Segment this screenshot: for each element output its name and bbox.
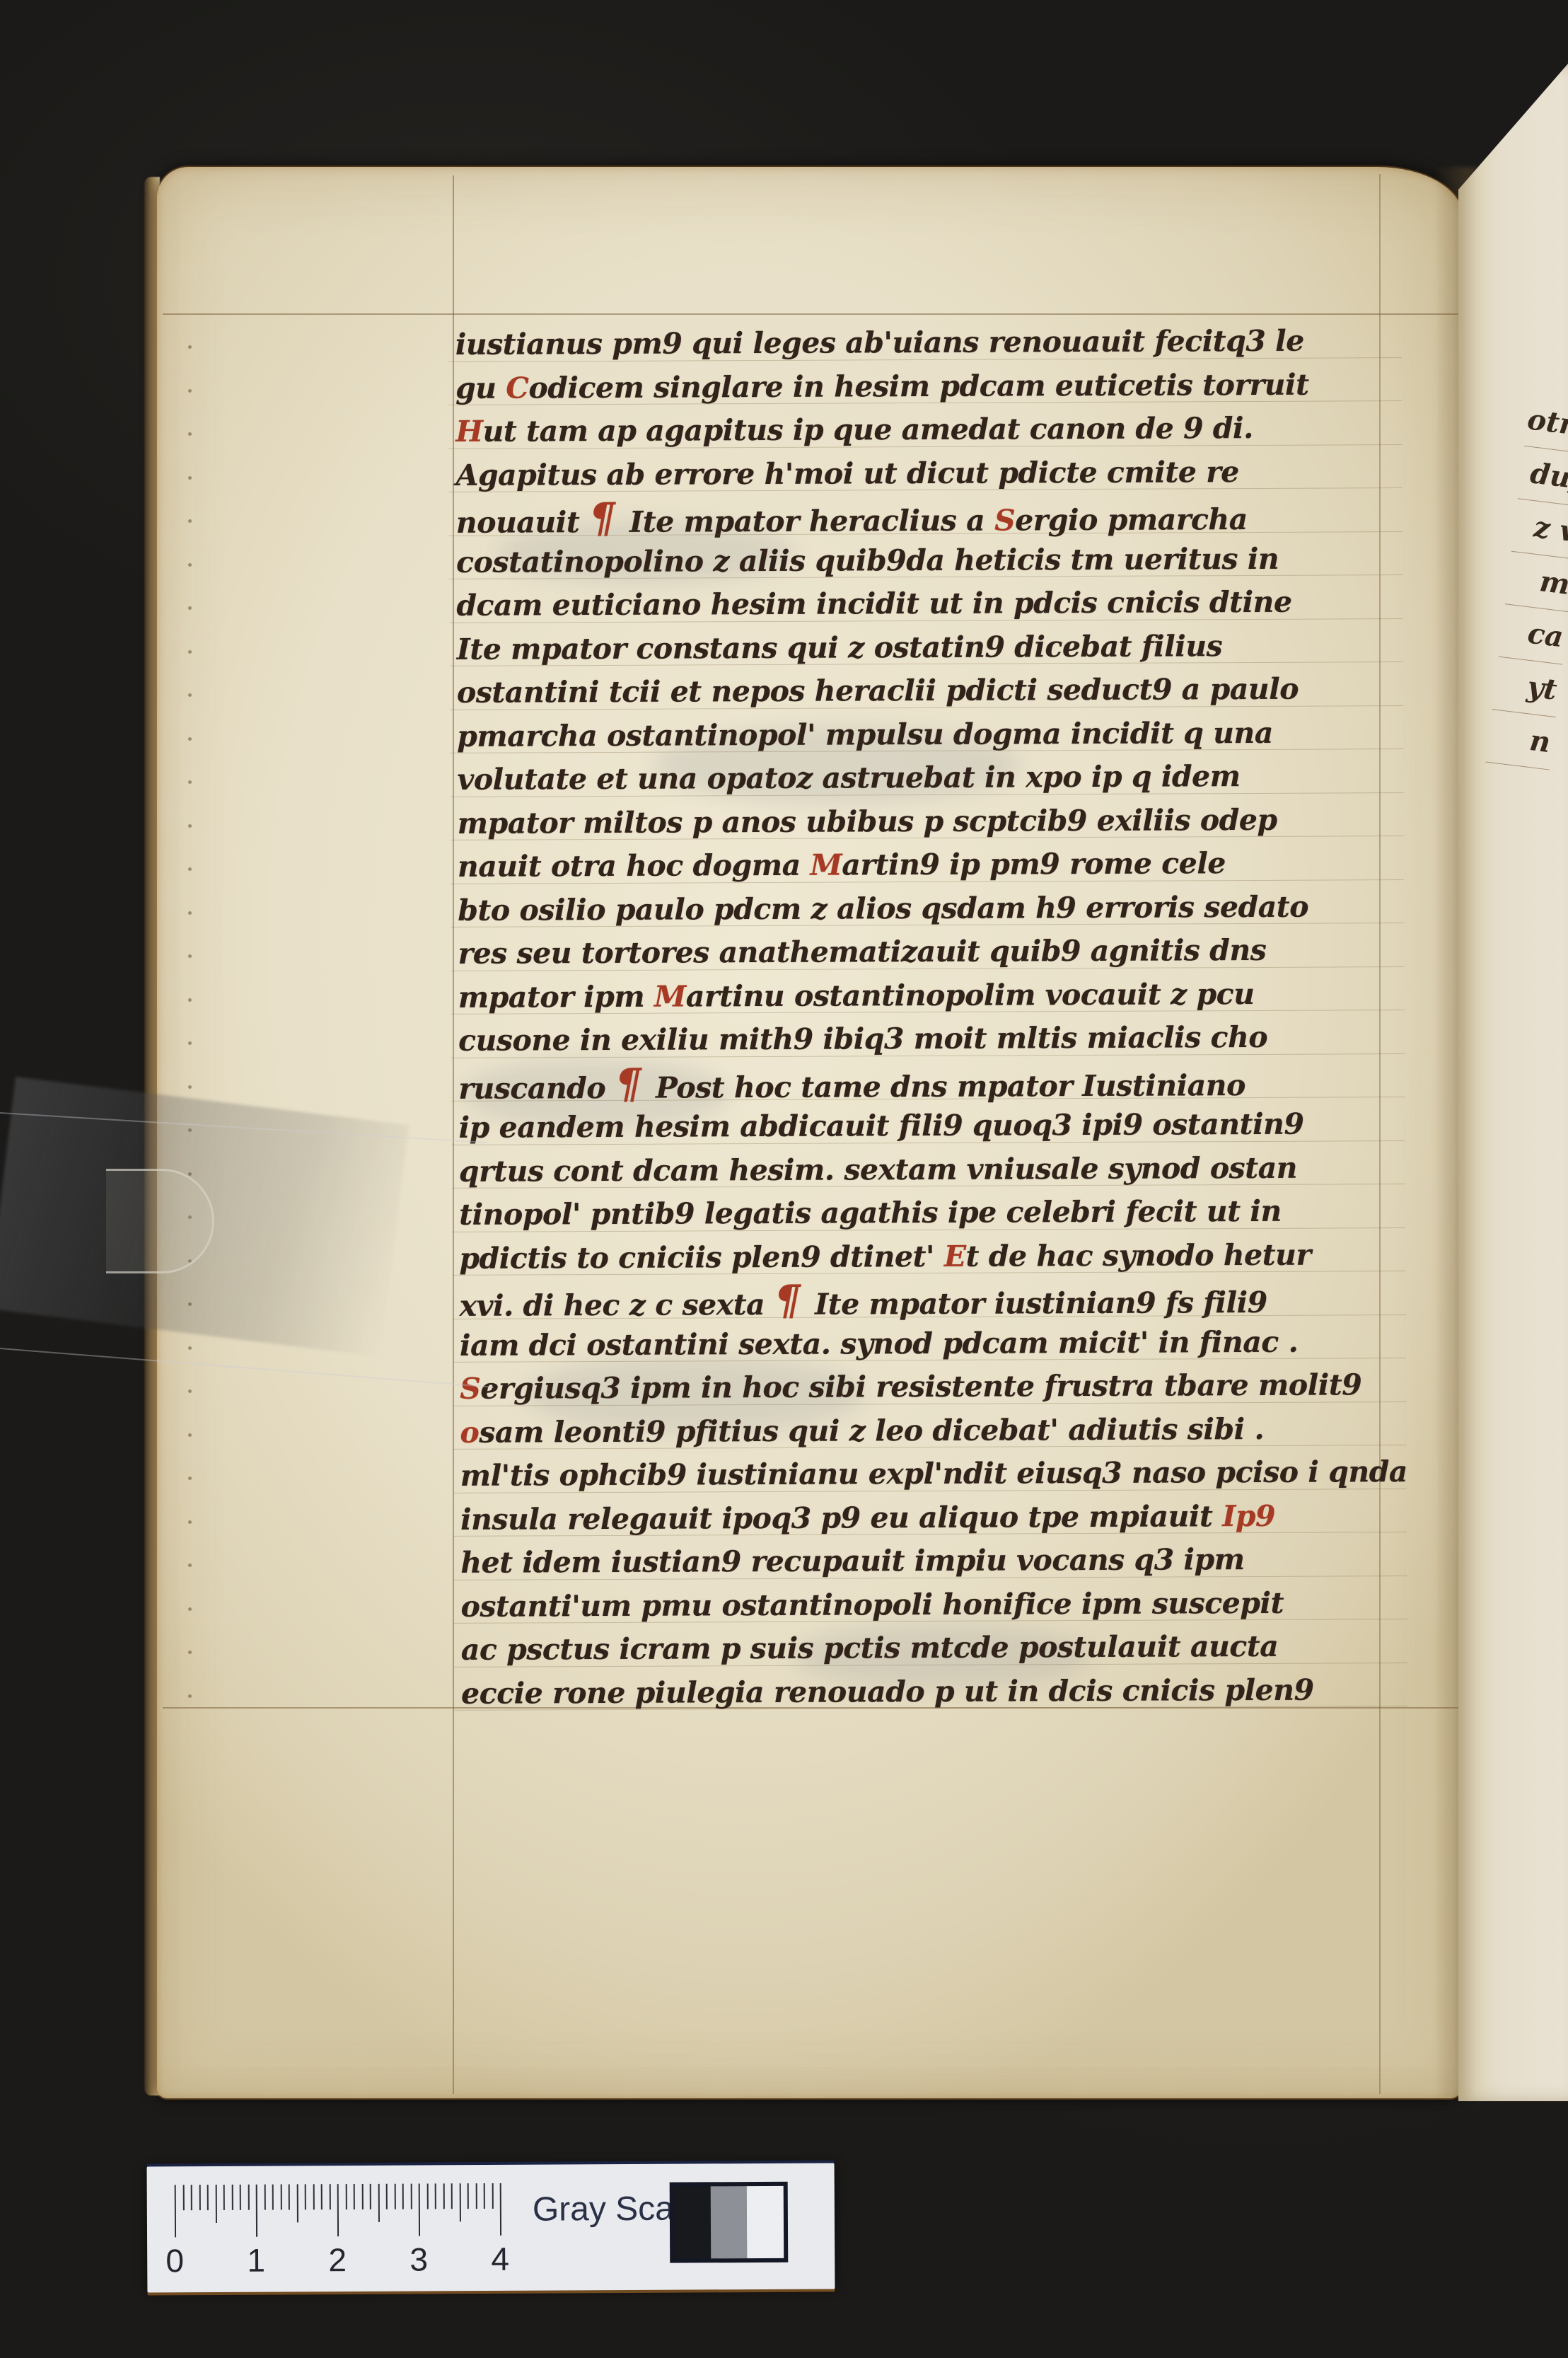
ink-text: Agapitus ab errore h'moi ut dicut pdicte… [455, 455, 1238, 492]
prick-mark [188, 345, 192, 349]
facing-page-text-fragment: m [1504, 552, 1568, 613]
ink-text: tinopol' pntib9 legatis agathis ipe cele… [459, 1194, 1282, 1232]
prick-mark [188, 737, 192, 741]
prick-mark [188, 606, 192, 610]
manuscript-line: pmarcha ostantinopol' mpulsu dogma incid… [457, 712, 1390, 759]
prick-mark [188, 432, 192, 436]
manuscript-line: volutate et una opatoz astruebat in xpo … [457, 755, 1390, 802]
rubric-text: S [994, 503, 1015, 537]
ink-text: Ite mpator heraclius a [629, 504, 994, 539]
ruler-tick [207, 2185, 209, 2210]
ruler-tick [361, 2184, 363, 2209]
prick-mark [188, 1389, 192, 1393]
prick-mark [188, 1476, 192, 1480]
ruler-tick [231, 2185, 233, 2210]
ink-text: costatinopolino z aliis quib9da heticis … [456, 541, 1279, 579]
prick-mark [188, 476, 192, 480]
ink-text: t de hac synodo hetur [965, 1237, 1311, 1273]
manuscript-line: tinopol' pntib9 legatis agathis ipe cele… [459, 1190, 1393, 1237]
rubric-text: Ip9 [1222, 1498, 1275, 1532]
ruler-tick [175, 2185, 176, 2237]
ruler-tick [386, 2184, 388, 2209]
prick-mark [188, 998, 192, 1002]
ink-text: eccie rone piulegia renouado p ut in dci… [461, 1672, 1314, 1710]
facing-page-text: otmdufz vmcaytn [1485, 393, 1568, 770]
ruler-tick [289, 2184, 290, 2209]
ruler-tick [337, 2184, 339, 2236]
rubric-text: H [455, 415, 482, 449]
ruler-tick [435, 2183, 436, 2209]
ink-text: ruscando [458, 1070, 615, 1105]
ruler-tick [329, 2184, 330, 2209]
facing-page-text-fragment: yt [1492, 657, 1562, 718]
manuscript-text-block: iustianus pm9 qui leges ab'uians renouau… [455, 320, 1395, 1739]
ink-text: ac psctus icram p suis pctis mtcde postu… [461, 1629, 1279, 1667]
ruler-tick [345, 2184, 347, 2209]
ink-text: xvi. di hec z c sexta [460, 1288, 774, 1323]
gray-scale-swatch [747, 2186, 784, 2258]
ruler-number: 4 [486, 2241, 514, 2277]
manuscript-line: mpator miltos p anos ubibus p scptcib9 e… [458, 799, 1391, 846]
ink-text: mpator ipm [458, 979, 654, 1014]
prick-mark [188, 780, 192, 784]
prick-mark [188, 954, 192, 958]
prick-mark [188, 1041, 192, 1045]
ink-text: artinu ostantinopolim vocauit z pcu [686, 976, 1255, 1013]
ruler-tick [394, 2184, 395, 2209]
ruler-tick [451, 2183, 453, 2209]
facing-page-text-fragment: n [1485, 710, 1556, 770]
manuscript-line: costatinopolino z aliis quib9da heticis … [456, 538, 1390, 585]
prick-mark [188, 824, 192, 828]
ink-text: iam dci ostantini sexta. synod pdcam mic… [460, 1324, 1299, 1362]
facing-page-text-fragment: z v [1511, 499, 1568, 560]
ruler-tick [182, 2185, 184, 2210]
ruler-tick [468, 2183, 469, 2209]
ruler-tick [240, 2185, 241, 2210]
ink-text: Ite mpator iustinian9 fs fili9 [815, 1285, 1267, 1322]
ink-text: volutate et una opatoz astruebat in xpo … [457, 759, 1240, 797]
prick-mark [188, 1607, 192, 1611]
facing-page-text-fragment: ca [1498, 604, 1568, 665]
ruling-line-horizontal-top [163, 313, 1458, 315]
manuscript-line: qrtus cont dcam hesim. sextam vniusale s… [459, 1147, 1393, 1194]
ink-text: sam leonti9 pfitius qui z leo dicebat' a… [479, 1411, 1264, 1449]
ruler-numbers: 01234 [147, 2163, 835, 2166]
ruler-tick [378, 2184, 379, 2222]
ruler-tick [248, 2185, 249, 2210]
facing-page-text-fragment: duf [1518, 446, 1568, 507]
manuscript-line: Hut tam ap agapitus ip que amedat canon … [455, 407, 1389, 454]
ruler-tick [419, 2184, 420, 2236]
rubric-text: ¶ [589, 494, 629, 542]
ruler-tick [296, 2184, 298, 2222]
manuscript-line: bto osilio paulo pdcm z alios qsdam h9 e… [458, 886, 1391, 933]
ruler-number: 3 [405, 2241, 433, 2277]
ruler-tick [500, 2183, 501, 2236]
ruler-tick [321, 2184, 323, 2209]
ink-text: ut tam ap agapitus ip que amedat canon d… [482, 411, 1253, 449]
prick-mark [188, 1085, 192, 1089]
ink-text: het idem iustian9 recupauit impiu vocans… [460, 1542, 1244, 1580]
manuscript-line: ac psctus icram p suis pctis mtcde postu… [461, 1625, 1395, 1672]
gray-scale-patch [670, 2182, 789, 2263]
ruler-tick [484, 2183, 485, 2209]
manuscript-line: Sergiusq3 ipm in hoc sibi resistente fru… [460, 1364, 1393, 1411]
ruler-tick [402, 2184, 404, 2209]
prick-mark [188, 693, 192, 697]
ink-text: artin9 ip pm9 rome cele [842, 846, 1226, 882]
ruler-number: 1 [242, 2243, 270, 2278]
manuscript-line: pdictis to cniciis plen9 dtinet' Et de h… [459, 1234, 1393, 1281]
prick-mark [188, 1651, 192, 1654]
ink-text: qrtus cont dcam hesim. sextam vniusale s… [459, 1150, 1297, 1188]
manuscript-line: dcam euticiano hesim incidit ut in pdcis… [456, 581, 1390, 628]
manuscript-line: osam leonti9 pfitius qui z leo dicebat' … [460, 1408, 1393, 1455]
ruler-tick [443, 2183, 444, 2209]
ink-text: insula relegauit ipoq3 p9 eu aliquo tpe … [460, 1499, 1222, 1537]
manuscript-line: ostantini tcii et nepos heraclii pdicti … [457, 668, 1390, 715]
manuscript-line: mpator ipm Martinu ostantinopolim vocaui… [458, 973, 1392, 1020]
manuscript-line: het idem iustian9 recupauit impiu vocans… [460, 1538, 1394, 1585]
prick-mark [188, 911, 192, 915]
prick-mark [188, 1346, 192, 1350]
ruler-tick [280, 2185, 281, 2210]
ruler-tick [191, 2185, 192, 2210]
ruler-tick [410, 2184, 412, 2209]
ink-text: iustianus pm9 qui leges ab'uians renouau… [455, 324, 1304, 362]
ink-text: Post hoc tame dns mpator Iustiniano [656, 1068, 1245, 1105]
rubric-text: ¶ [774, 1276, 815, 1324]
manuscript-line: ip eandem hesim abdicauit fili9 quoq3 ip… [458, 1103, 1392, 1150]
ruler-number: 2 [323, 2242, 352, 2277]
ruler-tick [475, 2183, 477, 2209]
ink-text: ergio pmarcha [1015, 502, 1248, 537]
manuscript-line: ostanti'um pmu ostantinopoli honifice ip… [460, 1582, 1394, 1629]
ruler-number: 0 [161, 2243, 189, 2278]
ink-text: ostanti'um pmu ostantinopoli honifice ip… [460, 1585, 1284, 1623]
ink-text: mpator miltos p anos ubibus p scptcib9 e… [458, 802, 1277, 840]
ink-text: pmarcha ostantinopol' mpulsu dogma incid… [457, 715, 1273, 753]
prick-mark [188, 1694, 192, 1698]
prick-mark [188, 389, 192, 393]
manuscript-line: res seu tortores anathematizauit quib9 a… [458, 929, 1391, 976]
rubric-text: E [944, 1239, 966, 1273]
facing-page-sliver: otmdufz vmcaytn [1458, 64, 1568, 2101]
ruler-tick [313, 2184, 314, 2209]
rubric-text: ¶ [615, 1059, 656, 1107]
manuscript-line: xvi. di hec z c sexta ¶ Ite mpator iusti… [460, 1277, 1393, 1324]
rubric-text: o [460, 1415, 479, 1449]
ruler-tick [492, 2183, 493, 2209]
manuscript-line: eccie rone piulegia renouado p ut in dci… [461, 1669, 1395, 1716]
rubric-text: M [654, 979, 686, 1013]
manuscript-line: insula relegauit ipoq3 p9 eu aliquo tpe … [460, 1495, 1394, 1542]
prick-mark [188, 1564, 192, 1567]
ink-text: nouauit [456, 505, 589, 540]
manuscript-line: gu Codicem singlare in hesim pdcam eutic… [455, 364, 1389, 411]
prick-mark [188, 1520, 192, 1524]
gray-scale-swatch [710, 2186, 747, 2258]
rubric-text: C [506, 371, 528, 405]
ink-text: nauit otra hoc dogma [458, 848, 811, 884]
ruler-tick [199, 2185, 200, 2210]
photo-stage: iustianus pm9 qui leges ab'uians renouau… [0, 0, 1568, 2358]
ruler-tick [215, 2185, 216, 2223]
page-holder-clip-loop [106, 1169, 214, 1273]
manuscript-line: ml'tis ophcib9 iustinianu expl'ndit eius… [460, 1451, 1394, 1498]
manuscript-line: iustianus pm9 qui leges ab'uians renouau… [455, 320, 1389, 367]
ruler-tick [272, 2185, 274, 2210]
manuscript-line: ruscando ¶ Post hoc tame dns mpator Iust… [458, 1060, 1392, 1107]
ruler-tick [354, 2184, 355, 2209]
prick-mark [188, 867, 192, 871]
ruler-tick [223, 2185, 225, 2210]
ink-text: ergiusq3 ipm in hoc sibi resistente frus… [480, 1368, 1361, 1405]
ruler-tick [370, 2184, 371, 2209]
prick-mark [188, 1433, 192, 1437]
rubric-text: M [810, 848, 842, 882]
ink-text: dcam euticiano hesim incidit ut in pdcis… [456, 585, 1291, 623]
ruler-tick [426, 2183, 428, 2209]
ink-text: pdictis to cniciis plen9 dtinet' [459, 1239, 944, 1275]
manuscript-line: cusone in exiliu mith9 ibiq3 moit mltis … [458, 1016, 1392, 1063]
photographic-ruler: 01234 Gray Scale [147, 2163, 835, 2292]
ink-text: ml'tis ophcib9 iustinianu expl'ndit eius… [460, 1455, 1407, 1493]
manuscript-line: nouauit ¶ Ite mpator heraclius a Sergio … [456, 494, 1390, 541]
ruling-line-vertical-left [453, 175, 454, 2094]
ink-text: cusone in exiliu mith9 ibiq3 moit mltis … [458, 1020, 1267, 1058]
gray-scale-swatch [674, 2186, 711, 2258]
manuscript-line: iam dci ostantini sexta. synod pdcam mic… [460, 1321, 1393, 1368]
ruler-ticks [147, 2163, 835, 2166]
manuscript-line: Ite mpator constans qui z ostatin9 diceb… [457, 625, 1390, 672]
ruler-tick [305, 2184, 306, 2209]
prick-mark [188, 563, 192, 567]
ink-text: bto osilio paulo pdcm z alios qsdam h9 e… [458, 889, 1308, 927]
prick-mark [188, 519, 192, 523]
manuscript-line: Agapitus ab errore h'moi ut dicut pdicte… [455, 451, 1389, 498]
facing-page-text-fragment: otm [1524, 393, 1568, 454]
ink-text: gu [455, 371, 506, 405]
ruler-tick [264, 2185, 265, 2210]
prick-mark [188, 650, 192, 654]
ink-text: res seu tortores anathematizauit quib9 a… [458, 933, 1266, 971]
ink-text: Ite mpator constans qui z ostatin9 diceb… [457, 629, 1223, 666]
manuscript-line: nauit otra hoc dogma Martin9 ip pm9 rome… [458, 842, 1391, 889]
ink-text: ostantini tcii et nepos heraclii pdicti … [457, 672, 1299, 710]
ink-text: odicem singlare in hesim pdcam euticetis… [528, 367, 1308, 405]
ruler-tick [256, 2185, 257, 2237]
ruler-tick [459, 2183, 460, 2221]
rubric-text: S [460, 1372, 480, 1406]
ink-text: ip eandem hesim abdicauit fili9 quoq3 ip… [458, 1107, 1303, 1145]
